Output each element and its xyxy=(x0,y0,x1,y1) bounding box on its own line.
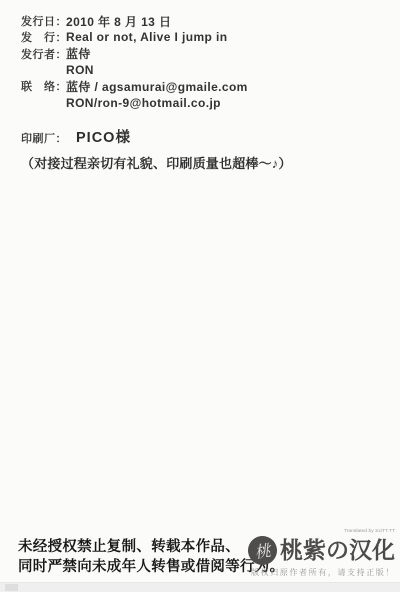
printer-line: 印刷厂： PICO様 xyxy=(21,126,292,147)
printer-info: 印刷厂： PICO様 （对接过程亲切有礼貌、印刷质量也超棒～♪） xyxy=(21,126,292,172)
scan-edge-strip xyxy=(0,582,400,592)
info-value: 蓝侍 xyxy=(66,45,91,62)
info-label: 联 络： xyxy=(21,78,66,94)
scan-smudge xyxy=(5,584,18,591)
printer-name: PICO様 xyxy=(76,126,131,147)
colophon-page: 发行日： 2010 年 8 月 13 日 发 行： Real or not, A… xyxy=(0,0,400,592)
info-label: 发行日： xyxy=(21,13,66,29)
info-value: RON/ron-9@hotmail.co.jp xyxy=(66,96,221,110)
translator-credit: Translated by SciTT.TT xyxy=(301,528,395,534)
info-row-publication: 发 行： Real or not, Alive I jump in xyxy=(21,29,248,45)
group-name: 桃紫の汉化 xyxy=(280,536,395,565)
logo-main-row: 桃 桃紫の汉化 xyxy=(243,536,395,565)
printer-label: 印刷厂： xyxy=(21,130,67,146)
info-value: 2010 年 8 月 13 日 xyxy=(66,13,171,30)
info-label: 发行者： xyxy=(21,46,66,62)
translator-group-logo: Translated by SciTT.TT 桃 桃紫の汉化 版权归原作者所有，… xyxy=(243,526,395,578)
info-label: 发 行： xyxy=(21,29,66,45)
info-value: Real or not, Alive I jump in xyxy=(66,30,227,44)
info-row-contact: 联 络： 蓝侍 / agsamurai@gmaile.com xyxy=(21,78,248,94)
seal-character: 桃 xyxy=(253,538,272,563)
publication-info: 发行日： 2010 年 8 月 13 日 发 行： Real or not, A… xyxy=(21,13,248,111)
printer-comment: （对接过程亲切有礼貌、印刷质量也超棒～♪） xyxy=(21,153,292,172)
info-row-publisher: 发行者： 蓝侍 xyxy=(21,46,248,62)
info-value: 蓝侍 / agsamurai@gmaile.com xyxy=(66,78,248,95)
info-row-publish-date: 发行日： 2010 年 8 月 13 日 xyxy=(21,13,248,29)
info-row-contact-2: RON/ron-9@hotmail.co.jp xyxy=(21,94,248,110)
peach-seal-icon: 桃 xyxy=(246,534,279,567)
info-row-publisher-2: RON xyxy=(21,62,248,78)
info-value: RON xyxy=(66,63,94,77)
logo-tagline: 版权归原作者所有，请支持正版！ xyxy=(243,567,395,578)
